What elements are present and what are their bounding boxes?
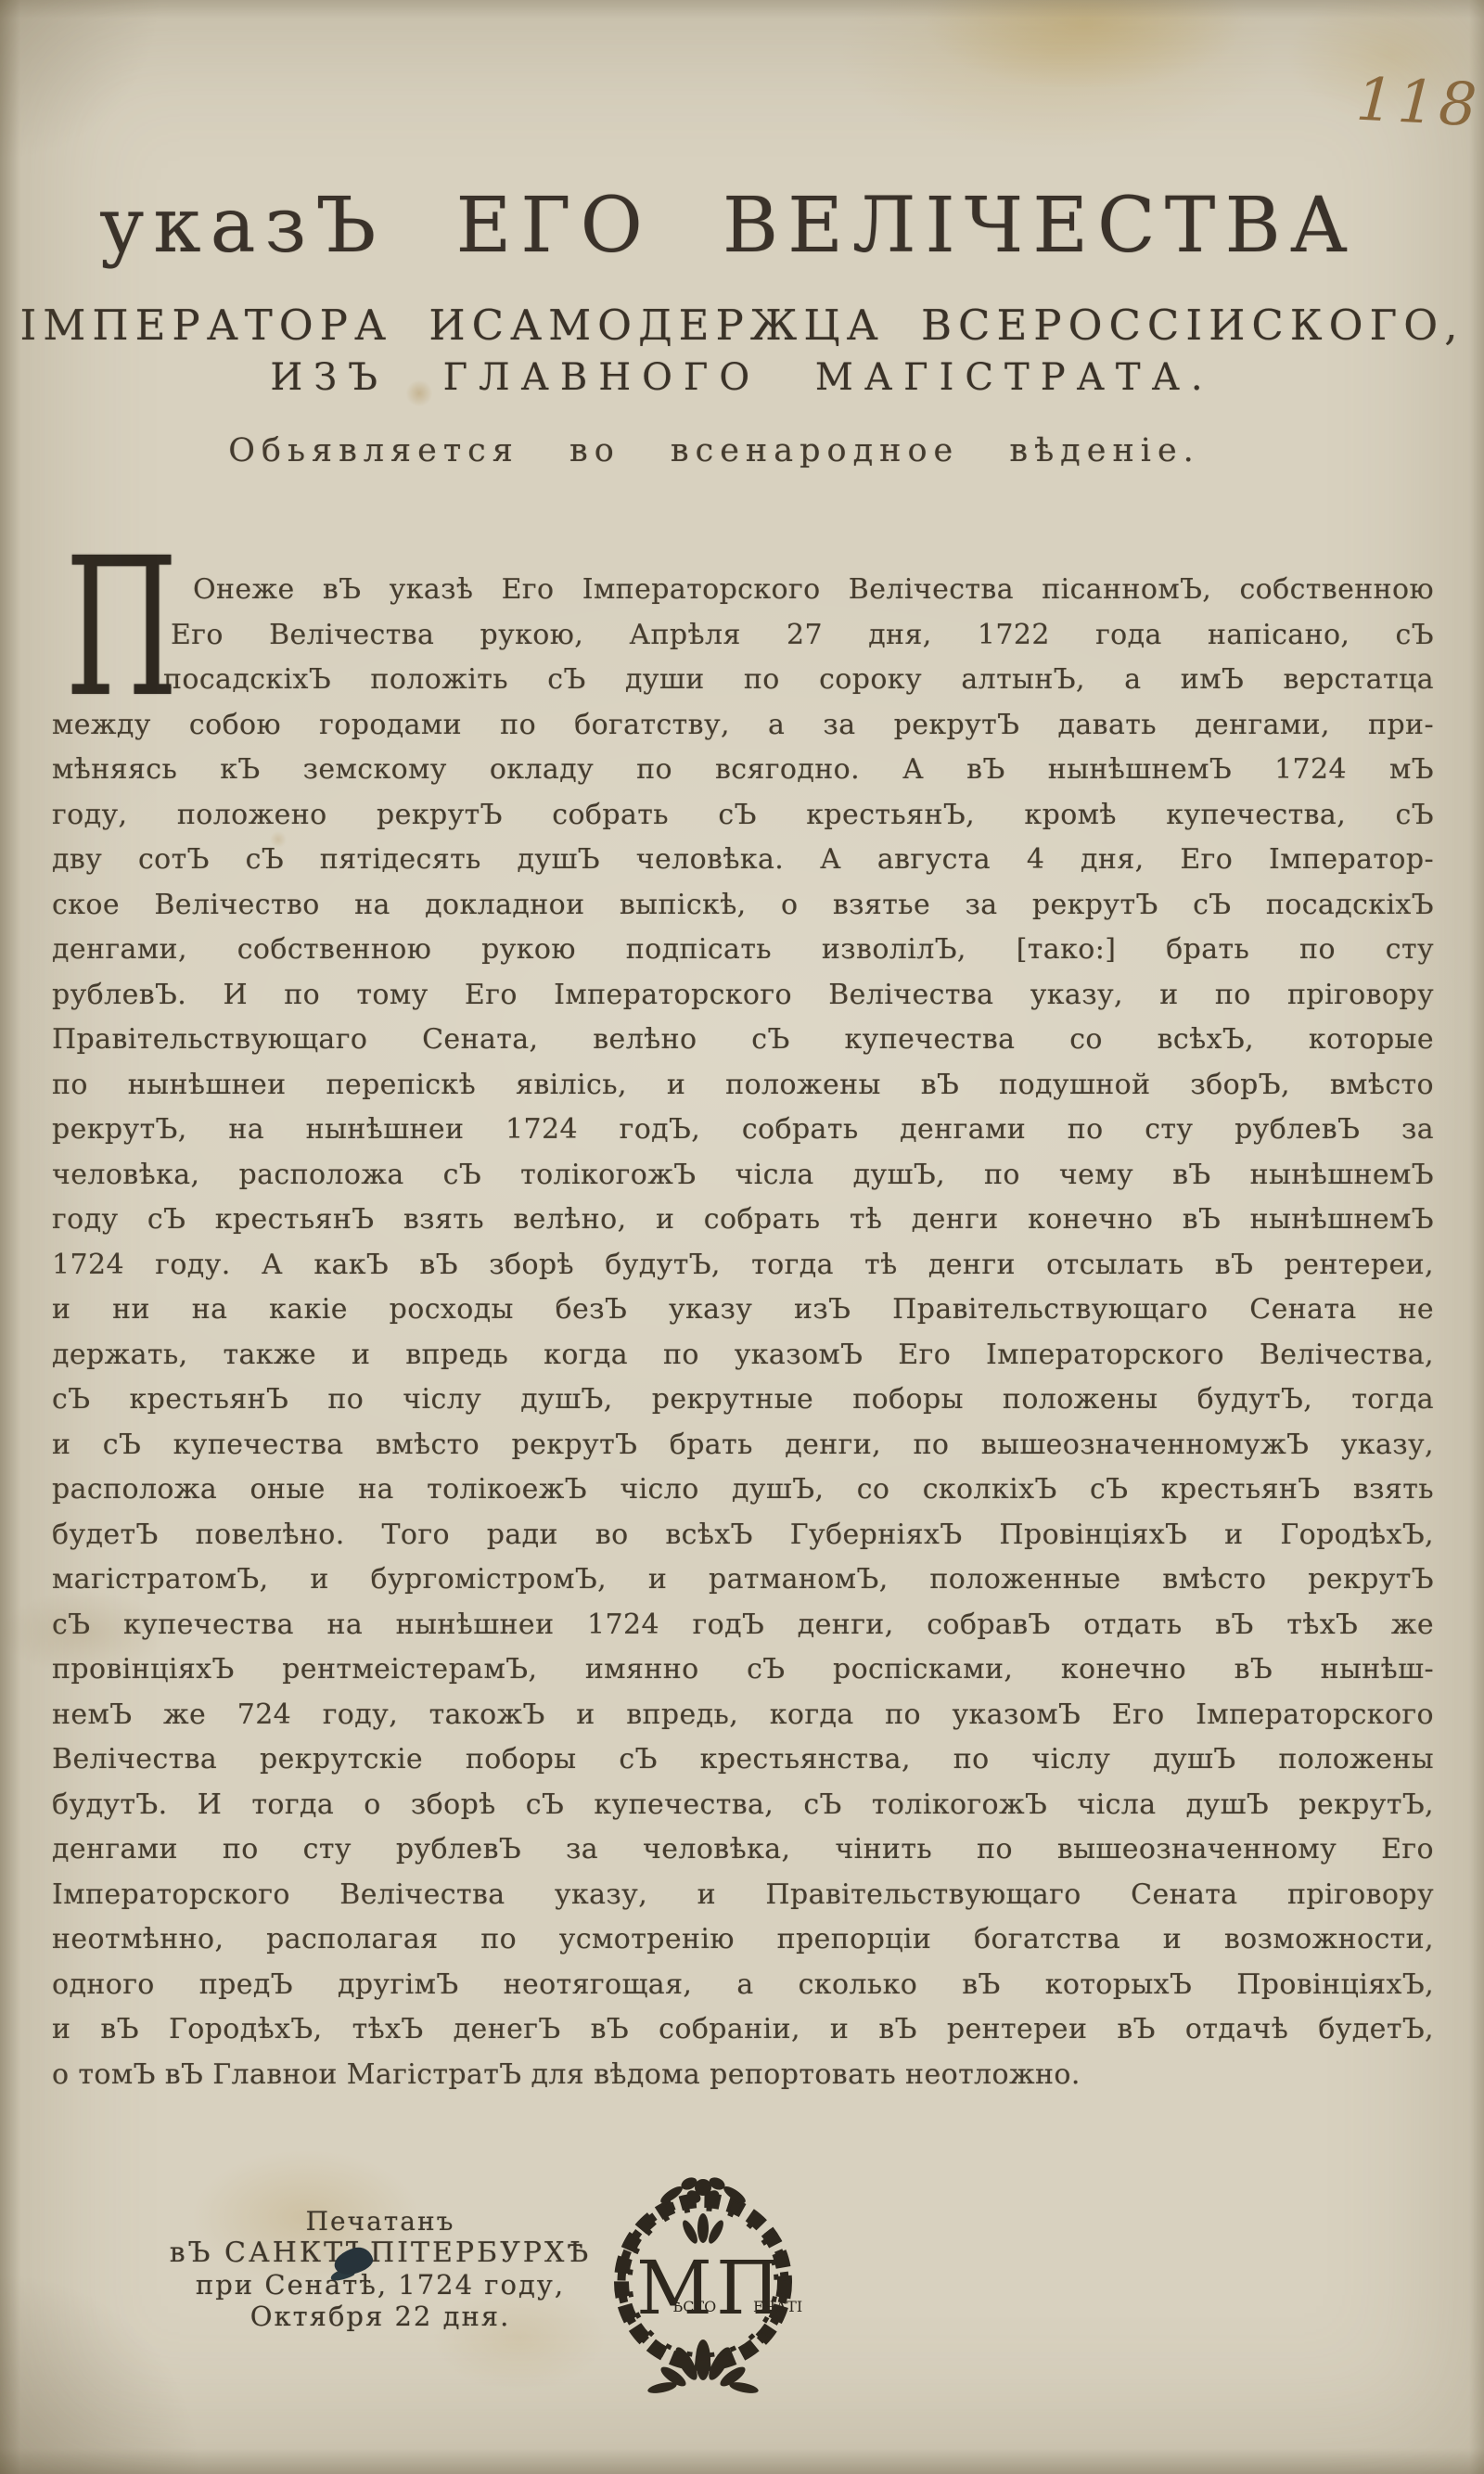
proclamation-line: Обьявляется во всенародное вѣденіе. xyxy=(0,432,1428,469)
body-line: Імператорского Велічества указу, и Праві… xyxy=(52,1873,1434,1918)
body-line: сЪ купечества на нынѣшнеи 1724 годЪ денг… xyxy=(52,1603,1434,1648)
body-line: немЪ же 724 году, такожЪ и впредь, когда… xyxy=(52,1693,1434,1738)
body-line: держать, также и впредь когда по указомЪ… xyxy=(52,1333,1434,1378)
body-line: году сЪ крестьянЪ взять велѣно, и собрат… xyxy=(52,1198,1434,1243)
seal-small-left: ѢСТО xyxy=(672,2298,716,2315)
body-line: расположа оные на толікоежЪ чісло душЪ, … xyxy=(52,1468,1434,1513)
body-line: Правітельствующаго Сената, велѣно сЪ куп… xyxy=(52,1018,1434,1063)
body-text-block: Онеже вЪ указѣ Его Імператорского Веліче… xyxy=(52,568,1434,2097)
seal-monogram: М ѢСТО П ЕЧАТІ xyxy=(636,2245,802,2331)
printers-seal: М ѢСТО П ЕЧАТІ xyxy=(581,2150,825,2406)
decree-title: указЪ ЕГО ВЕЛІЧЕСТВА xyxy=(0,182,1456,270)
body-line: 1724 году. А какЪ вЪ зборѣ будутЪ, тогда… xyxy=(52,1243,1434,1288)
body-line: будутЪ. И тогда о зборѣ сЪ купечества, с… xyxy=(52,1783,1434,1828)
body-line: о томЪ вЪ Главнои МагістратЪ для вѣдома … xyxy=(52,2053,1434,2098)
body-line: году, положено рекрутЪ собрать сЪ кресть… xyxy=(52,793,1434,839)
body-line: рублевЪ. И по тому Его Імператорского Ве… xyxy=(52,973,1434,1019)
imprint-line: вЪ САНКТЪПІТЕРБУРХѢ xyxy=(139,2237,621,2269)
seal-small-right: ЕЧАТІ xyxy=(753,2298,802,2315)
seal-letter-p: П xyxy=(716,2245,781,2331)
body-line: неотмѣнно, располагая по усмотренію преп… xyxy=(52,1917,1434,1963)
folio-number: 118 xyxy=(1354,66,1482,141)
body-line: по нынѣшнеи перепіскѣ явілісь, и положен… xyxy=(52,1063,1434,1109)
body-line: провінціяхЪ рентмеістерамЪ, имянно сЪ ро… xyxy=(52,1647,1434,1693)
imprint-line: при Сенатѣ, 1724 году, xyxy=(139,2269,621,2301)
body-line: дву сотЪ сЪ пятідесять душЪ человѣка. А … xyxy=(52,838,1434,883)
body-line: и вЪ ГородѣхЪ, тѣхЪ денегЪ вЪ собраніи, … xyxy=(52,2007,1434,2053)
body-line: одного предЪ другімЪ неотягощая, а сколь… xyxy=(52,1963,1434,2008)
subtitle-emperor-line: ІМПЕРАТОРА ИСАМОДЕРЖЦА ВСЕРОССІИСКОГО, xyxy=(0,301,1484,350)
body-line: посадскіхЪ положіть сЪ души по сороку ал… xyxy=(52,658,1434,703)
seal-crown xyxy=(680,2213,726,2246)
subtitle-magistrate-line: ИЗЪ ГЛАВНОГО МАГІСТРАТА. xyxy=(0,356,1484,399)
body-line: сЪ крестьянЪ по чіслу душЪ, рекрутные по… xyxy=(52,1378,1434,1423)
imprint-line: Печатанъ xyxy=(139,2206,621,2237)
body-line: денгами, собственною рукою подпісать изв… xyxy=(52,928,1434,973)
body-line: Велічества рекрутскіе поборы сЪ крестьян… xyxy=(52,1737,1434,1783)
body-line: рекрутЪ, на нынѣшнеи 1724 годЪ, собрать … xyxy=(52,1108,1434,1153)
body-line: денгами по сту рублевЪ за человѣка, чіни… xyxy=(52,1827,1434,1873)
body-line: и ни на какіе росходы безЪ указу изЪ Пра… xyxy=(52,1288,1434,1333)
body-line: и сЪ купечества вмѣсто рекрутЪ брать ден… xyxy=(52,1423,1434,1468)
body-line: между собою городами по богатству, а за … xyxy=(52,703,1434,749)
body-line: Онеже вЪ указѣ Его Імператорского Веліче… xyxy=(52,568,1434,613)
body-line: магістратомЪ, и бургомістромЪ, и ратмано… xyxy=(52,1557,1434,1603)
body-line: Его Велічества рукою, Апрѣля 27 дня, 172… xyxy=(52,613,1434,659)
body-line: человѣка, расположа сЪ толікогожЪ чісла … xyxy=(52,1153,1434,1199)
seal-letter-m: М xyxy=(636,2245,712,2331)
drop-cap-letter: П xyxy=(65,532,178,724)
decree-page: 118 указЪ ЕГО ВЕЛІЧЕСТВА ІМПЕРАТОРА ИСАМ… xyxy=(0,0,1484,2474)
body-line: будетЪ повелѣно. Того ради во всѣхЪ Губе… xyxy=(52,1513,1434,1558)
body-line: ское Велічество на докладнои выпіскѣ, о … xyxy=(52,883,1434,929)
imprint-line: Октября 22 дня. xyxy=(139,2301,621,2332)
body-line: мѣняясь кЪ земскому окладу по всягодно. … xyxy=(52,748,1434,793)
imprint-block: ПечатанъвЪ САНКТЪПІТЕРБУРХѢпри Сенатѣ, 1… xyxy=(139,2206,621,2332)
